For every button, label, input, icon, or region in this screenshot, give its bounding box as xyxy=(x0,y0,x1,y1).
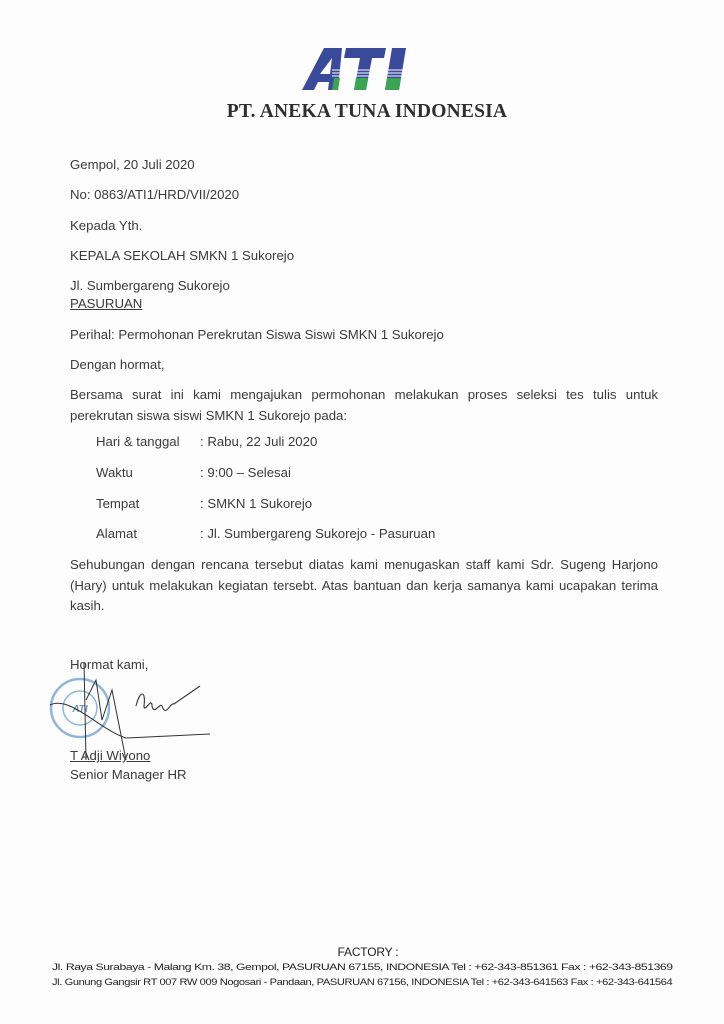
detail-value: : SMKN 1 Sukorejo xyxy=(200,496,312,511)
detail-row-place: Tempat: SMKN 1 Sukorejo xyxy=(96,496,312,511)
stamp-and-signature-icon: ATI xyxy=(40,660,210,760)
recipient-address: Jl. Sumbergareng Sukorejo xyxy=(70,278,230,293)
signer-title: Senior Manager HR xyxy=(70,767,187,782)
detail-row-date: Hari & tanggal: Rabu, 22 Juli 2020 xyxy=(96,434,317,449)
subject: Perihal: Permohonan Perekrutan Siswa Sis… xyxy=(70,327,444,342)
letter-number: No: 0863/ATI1/HRD/VII/2020 xyxy=(70,187,239,202)
detail-value: : 9:00 – Selesai xyxy=(200,465,291,480)
place-date: Gempol, 20 Juli 2020 xyxy=(70,157,195,172)
signer-name: T Adji Wiyono xyxy=(70,748,150,763)
company-name: PT. ANEKA TUNA INDONESIA xyxy=(0,101,724,123)
recipient: KEPALA SEKOLAH SMKN 1 Sukorejo xyxy=(70,248,294,263)
letter-page: PT. ANEKA TUNA INDONESIA Gempol, 20 Juli… xyxy=(0,0,724,1024)
footer-address-2: Jl. Gunung Gangsir RT 007 RW 009 Nogosar… xyxy=(52,977,672,988)
detail-row-time: Waktu: 9:00 – Selesai xyxy=(96,465,291,480)
footer-address-1: Jl. Raya Surabaya - Malang Km. 38, Gempo… xyxy=(52,962,673,973)
footer-title: FACTORY : xyxy=(0,945,724,959)
detail-label: Waktu xyxy=(96,465,200,480)
detail-label: Alamat xyxy=(96,526,200,541)
intro-paragraph: Bersama surat ini kami mengajukan permoh… xyxy=(70,385,658,426)
ati-logo-icon xyxy=(298,44,418,94)
detail-label: Hari & tanggal xyxy=(96,434,200,449)
closing-paragraph: Sehubungan dengan rencana tersebut diata… xyxy=(70,555,658,617)
greeting: Dengan hormat, xyxy=(70,357,165,372)
detail-label: Tempat xyxy=(96,496,200,511)
detail-value: : Rabu, 22 Juli 2020 xyxy=(200,434,317,449)
detail-value: : Jl. Sumbergareng Sukorejo - Pasuruan xyxy=(200,526,435,541)
detail-row-address: Alamat: Jl. Sumbergareng Sukorejo - Pasu… xyxy=(96,526,435,541)
recipient-city: PASURUAN xyxy=(70,296,142,311)
to-label: Kepada Yth. xyxy=(70,218,142,233)
